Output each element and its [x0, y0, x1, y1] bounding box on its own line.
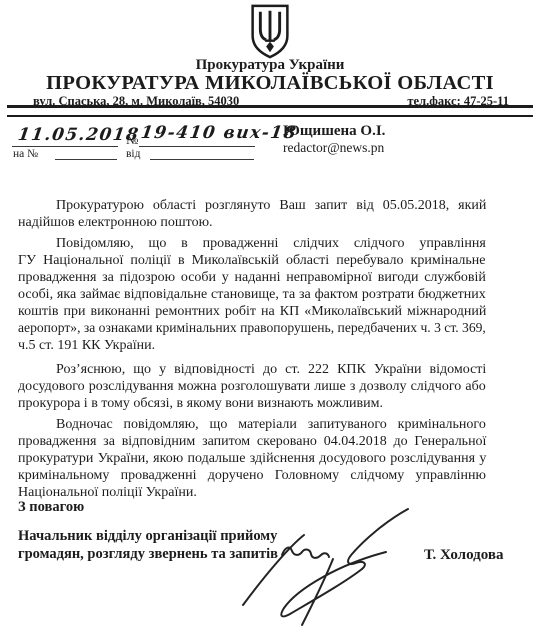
handwritten-signature: [236, 502, 421, 630]
org-name-title: ПРОКУРАТУРА МИКОЛАЇВСЬКОЇ ОБЛАСТІ: [0, 72, 540, 95]
body-line: Прокуратурою області розглянуто Ваш запи…: [56, 197, 486, 214]
letter-body: Прокуратурою області розглянуто Ваш запи…: [18, 197, 486, 501]
body-line: провадження за підозрою особи у наданні …: [18, 269, 486, 286]
body-line: Національної поліції України.: [18, 484, 486, 501]
handwritten-date: 11.05.2018: [17, 125, 141, 145]
body-line: ГУ Національної поліції в Миколаївській …: [18, 252, 486, 269]
scanned-letter-page: { "page": { "paper_color": "#ffffff", "i…: [0, 0, 540, 634]
paragraph: Роз’яснюю, що у відповідності до ст. 222…: [18, 361, 486, 412]
recipient-email: redactor@news.pn: [283, 140, 384, 156]
body-line: ч.5 ст. 191 КК України.: [18, 337, 486, 354]
body-line: прокуратури України, якою подальше здійс…: [18, 450, 486, 467]
date-underline: [12, 146, 118, 147]
paragraph: Прокуратурою області розглянуто Ваш запи…: [18, 197, 486, 231]
body-line: провадження за відповідним запитом скеро…: [18, 433, 486, 450]
signer-name: Т. Холодова: [424, 547, 503, 564]
paragraph: Водночас повідомляю, що матеріали запиту…: [18, 416, 486, 501]
letterhead-divider: [7, 105, 533, 117]
body-line: Водночас повідомляю, що матеріали запиту…: [56, 416, 486, 433]
paragraph: Повідомляю, що в провадженні слідчих слі…: [18, 235, 486, 354]
body-line: аеропорт», за ознаками кримінальних прав…: [18, 320, 486, 337]
from-label: від: [126, 148, 140, 160]
in-reply-to-label: на №: [13, 148, 38, 160]
recipient-name: Ющишена О.І.: [283, 123, 385, 140]
body-line: досудового розслідування можна розголошу…: [18, 378, 486, 395]
body-line: коштів при виконанні ремонтних робіт на …: [18, 303, 486, 320]
handwritten-outgoing-number: 19-410 вих-18: [140, 123, 299, 143]
body-line: прокурора і в тому обсязі, в якому вони …: [18, 395, 486, 412]
body-line: надійшов електронною поштою.: [18, 214, 486, 231]
body-line: особі, яка займає відповідальне становищ…: [18, 286, 486, 303]
body-line: Повідомляю, що в провадженні слідчих слі…: [56, 235, 486, 252]
ukraine-trident-emblem: [245, 4, 295, 60]
number-sign-label: №: [126, 132, 138, 148]
body-line: кримінальному провадженні доручено Голов…: [18, 467, 486, 484]
from-underline: [150, 159, 254, 160]
closing-salutation: З повагою: [18, 499, 84, 516]
number-underline: [139, 146, 255, 147]
body-line: Роз’яснюю, що у відповідності до ст. 222…: [56, 361, 486, 378]
in-reply-to-underline: [55, 159, 117, 160]
